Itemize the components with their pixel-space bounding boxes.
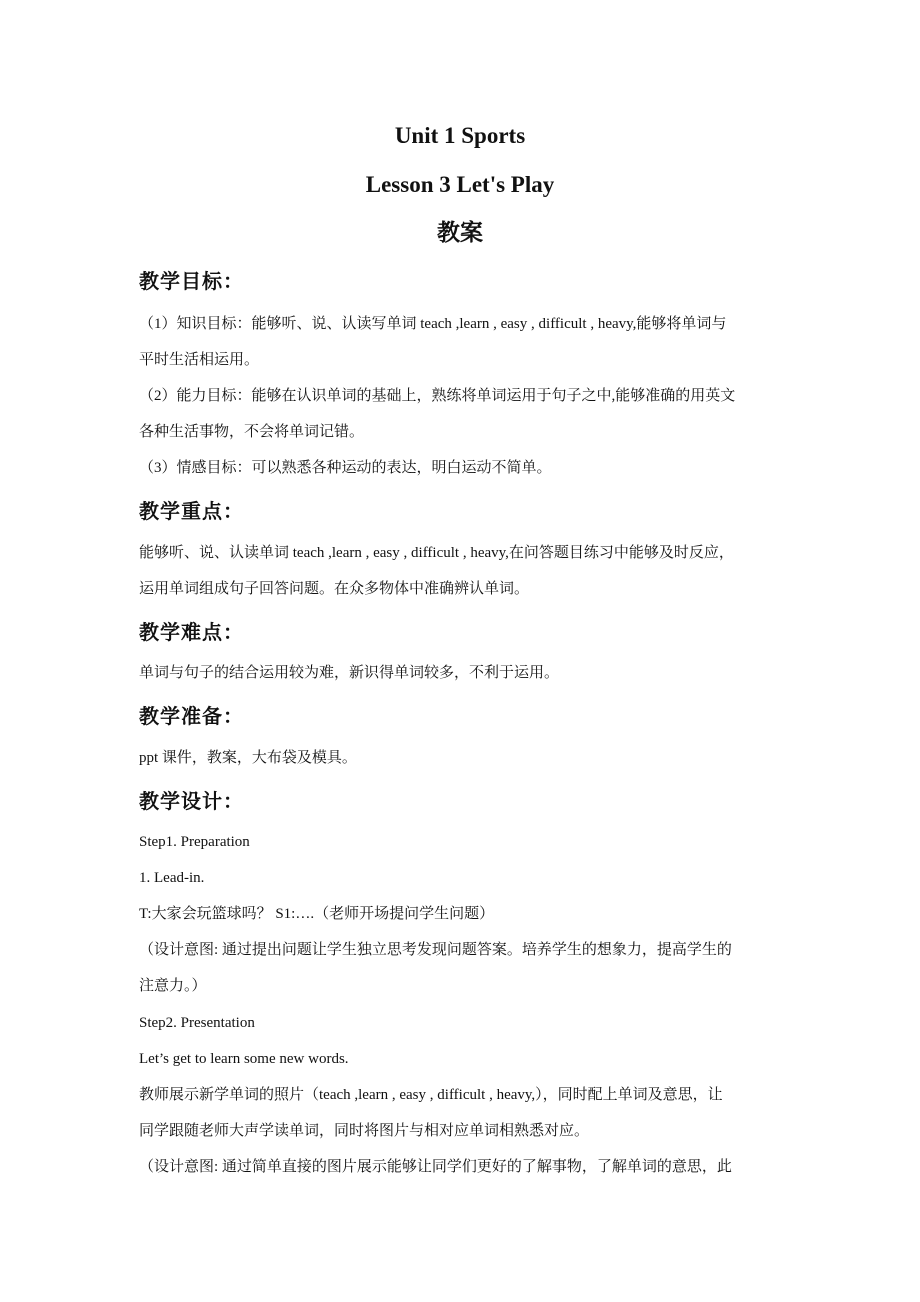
heading-objectives: 教学目标： [139, 268, 244, 294]
objectives-line: （3）情感目标：可以熟悉各种运动的表达，明白运动不简单。 [139, 458, 784, 478]
difficulties-line: 单词与句子的结合运用较为难，新识得单词较多，不利于运用。 [139, 663, 784, 683]
heading-key-points: 教学重点： [139, 498, 244, 524]
design-line: T:大家会玩篮球吗？ S1:….（老师开场提问学生问题） [139, 904, 784, 924]
objectives-line: （1）知识目标：能够听、说、认读写单词 teach ,learn , easy … [139, 314, 784, 334]
heading-difficulties: 教学难点： [139, 619, 244, 645]
title-lesson: Lesson 3 Let's Play [0, 170, 920, 200]
design-line: Step2. Presentation [139, 1013, 784, 1033]
design-line: （设计意图: 通过提出问题让学生独立思考发现问题答案。培养学生的想象力，提高学生… [139, 940, 784, 960]
design-line: 1. Lead-in. [139, 868, 784, 888]
preparation-line: ppt 课件，教案，大布袋及模具。 [139, 748, 784, 768]
heading-design: 教学设计： [139, 788, 244, 814]
title-lesson-plan: 教案 [0, 218, 920, 248]
design-line: （设计意图: 通过简单直接的图片展示能够让同学们更好的了解事物，了解单词的意思，… [139, 1157, 784, 1177]
design-line: 注意力。） [139, 976, 784, 996]
title-unit: Unit 1 Sports [0, 121, 920, 151]
design-line: Step1. Preparation [139, 832, 784, 852]
design-line: 同学跟随老师大声学读单词，同时将图片与相对应单词相熟悉对应。 [139, 1121, 784, 1141]
design-line: 教师展示新学单词的照片（teach ,learn , easy , diffic… [139, 1085, 784, 1105]
objectives-line: 平时生活相运用。 [139, 350, 784, 370]
key-points-line: 能够听、说、认读单词 teach ,learn , easy , difficu… [139, 543, 784, 563]
document-page: Unit 1 Sports Lesson 3 Let's Play 教案 教学目… [0, 0, 920, 1302]
objectives-line: （2）能力目标：能够在认识单词的基础上，熟练将单词运用于句子之中,能够准确的用英… [139, 386, 784, 406]
objectives-line: 各种生活事物，不会将单词记错。 [139, 422, 784, 442]
design-line: Let’s get to learn some new words. [139, 1049, 784, 1069]
key-points-line: 运用单词组成句子回答问题。在众多物体中准确辨认单词。 [139, 579, 784, 599]
heading-preparation: 教学准备： [139, 703, 244, 729]
